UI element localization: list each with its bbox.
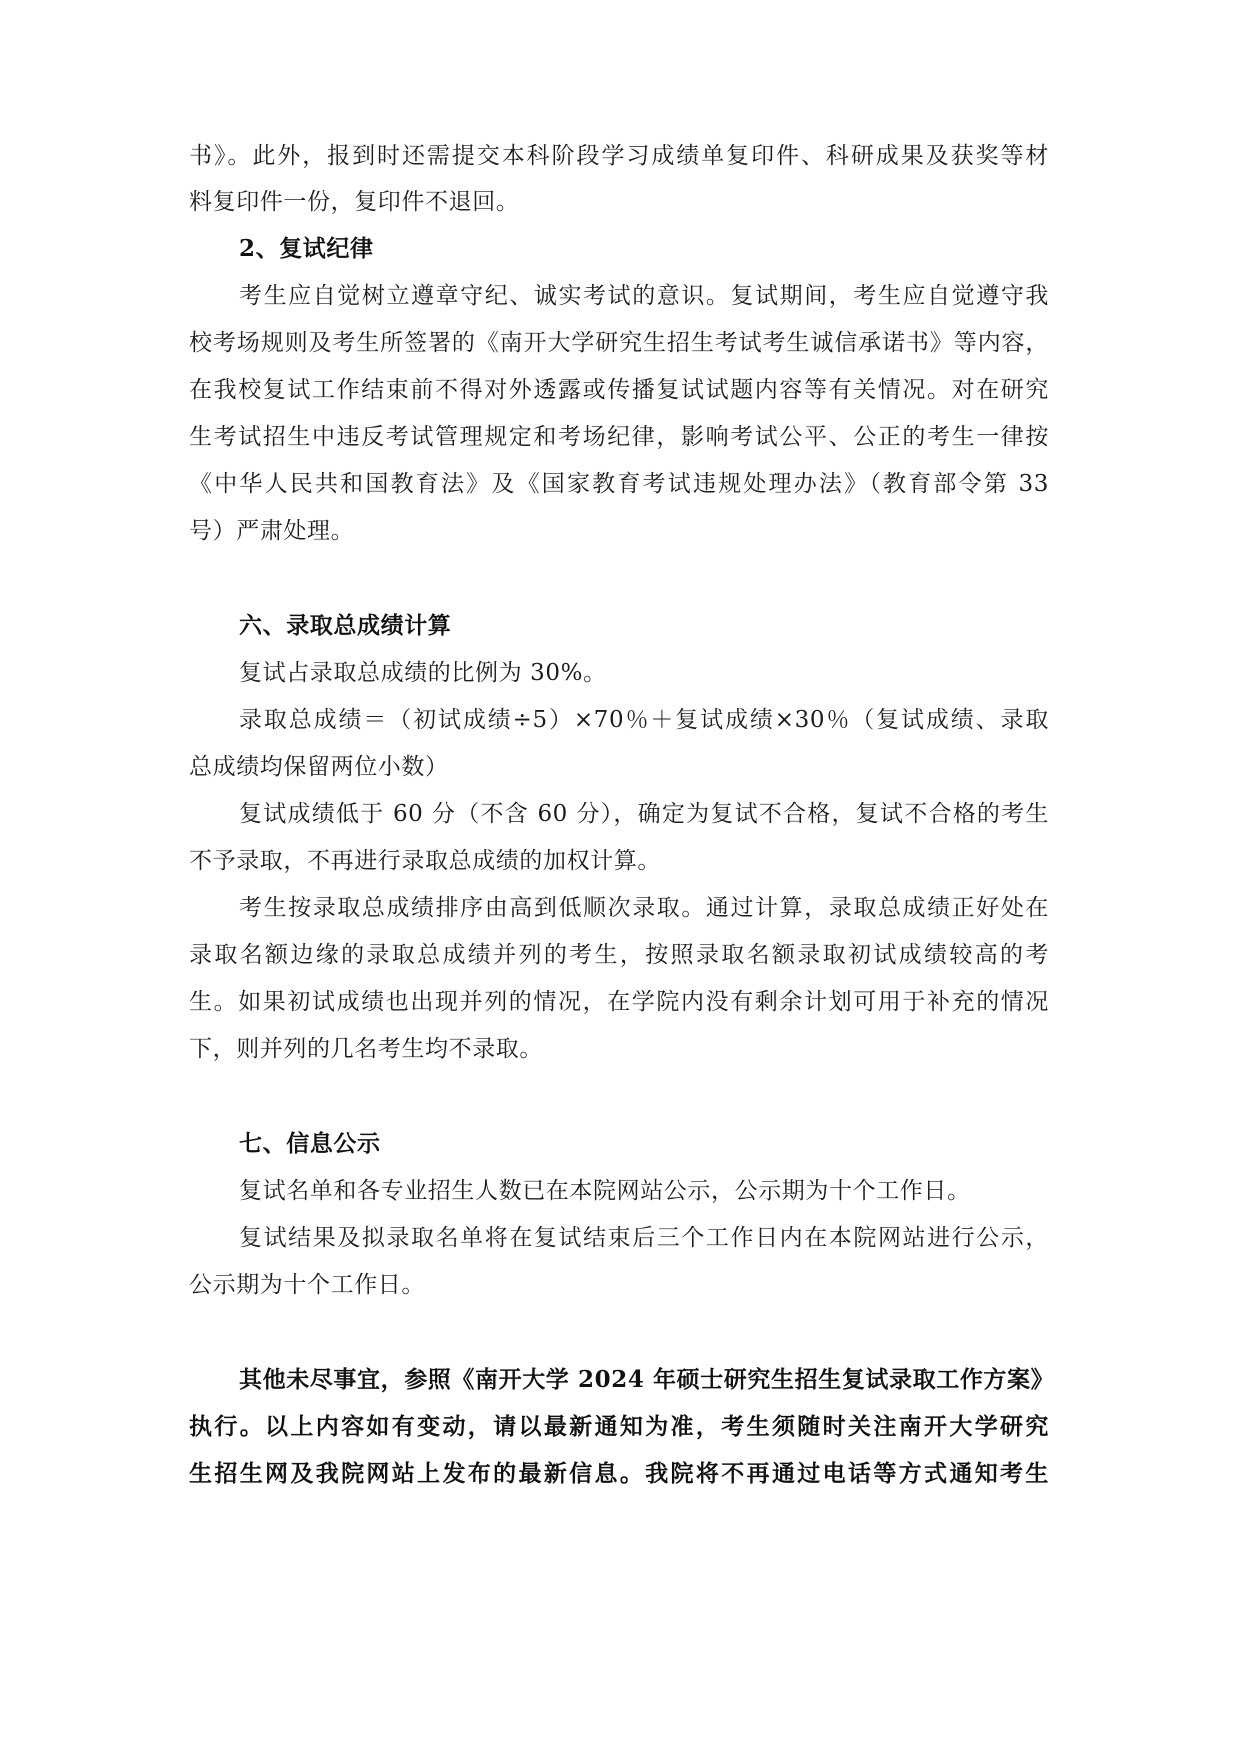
paragraph-line: 录取名额边缘的录取总成绩并列的考生，按照录取名额录取初试成绩较高的考	[189, 940, 1049, 970]
closing-paragraph-line: 其他未尽事宜，参照《南开大学 2024 年硕士研究生招生复试录取工作方案》	[239, 1365, 1049, 1395]
document-page: 书》。此外，报到时还需提交本科阶段学习成绩单复印件、科研成果及获奖等材 料复印件…	[0, 0, 1240, 1754]
subsection-heading-discipline: 2、复试纪律	[239, 234, 1099, 264]
paragraph-line: 料复印件一份，复印件不退回。	[189, 187, 1049, 217]
paragraph-line: 下，则并列的几名考生均不录取。	[189, 1034, 1049, 1064]
section-heading-info-publicity: 七、信息公示	[239, 1129, 1099, 1159]
closing-paragraph-line: 执行。以上内容如有变动，请以最新通知为准，考生须随时关注南开大学研究	[189, 1412, 1049, 1442]
paragraph-line: 复试成绩低于 60 分（不含 60 分），确定为复试不合格，复试不合格的考生	[239, 799, 1049, 829]
formula-line: 录取总成绩＝（初试成绩÷5）×70％＋复试成绩×30％（复试成绩、录取	[239, 705, 1049, 735]
closing-paragraph-line: 生招生网及我院网站上发布的最新信息。我院将不再通过电话等方式通知考生	[189, 1459, 1049, 1489]
paragraph-line: 在我校复试工作结束前不得对外透露或传播复试试题内容等有关情况。对在研究	[189, 375, 1049, 405]
paragraph-line: 复试名单和各专业招生人数已在本院网站公示，公示期为十个工作日。	[239, 1176, 1099, 1206]
paragraph-line: 《中华人民共和国教育法》及《国家教育考试违规处理办法》（教育部令第 33	[189, 469, 1049, 499]
paragraph-line: 考生按录取总成绩排序由高到低顺次录取。通过计算，录取总成绩正好处在	[239, 893, 1049, 923]
paragraph-line: 生。如果初试成绩也出现并列的情况，在学院内没有剩余计划可用于补充的情况	[189, 987, 1049, 1017]
paragraph-line: 复试占录取总成绩的比例为 30%。	[239, 658, 1099, 688]
paragraph-line: 考生应自觉树立遵章守纪、诚实考试的意识。复试期间，考生应自觉遵守我	[239, 281, 1049, 311]
section-heading-score-calculation: 六、录取总成绩计算	[239, 611, 1099, 641]
paragraph-line: 公示期为十个工作日。	[189, 1270, 1049, 1300]
paragraph-line: 总成绩均保留两位小数）	[189, 752, 1049, 782]
paragraph-line: 号）严肃处理。	[189, 516, 1049, 546]
paragraph-line: 校考场规则及考生所签署的《南开大学研究生招生考试考生诚信承诺书》等内容，	[189, 328, 1049, 358]
paragraph-line: 生考试招生中违反考试管理规定和考场纪律，影响考试公平、公正的考生一律按	[189, 422, 1049, 452]
paragraph-line: 不予录取，不再进行录取总成绩的加权计算。	[189, 846, 1049, 876]
paragraph-line: 书》。此外，报到时还需提交本科阶段学习成绩单复印件、科研成果及获奖等材	[189, 141, 1049, 171]
paragraph-line: 复试结果及拟录取名单将在复试结束后三个工作日内在本院网站进行公示，	[239, 1223, 1049, 1253]
